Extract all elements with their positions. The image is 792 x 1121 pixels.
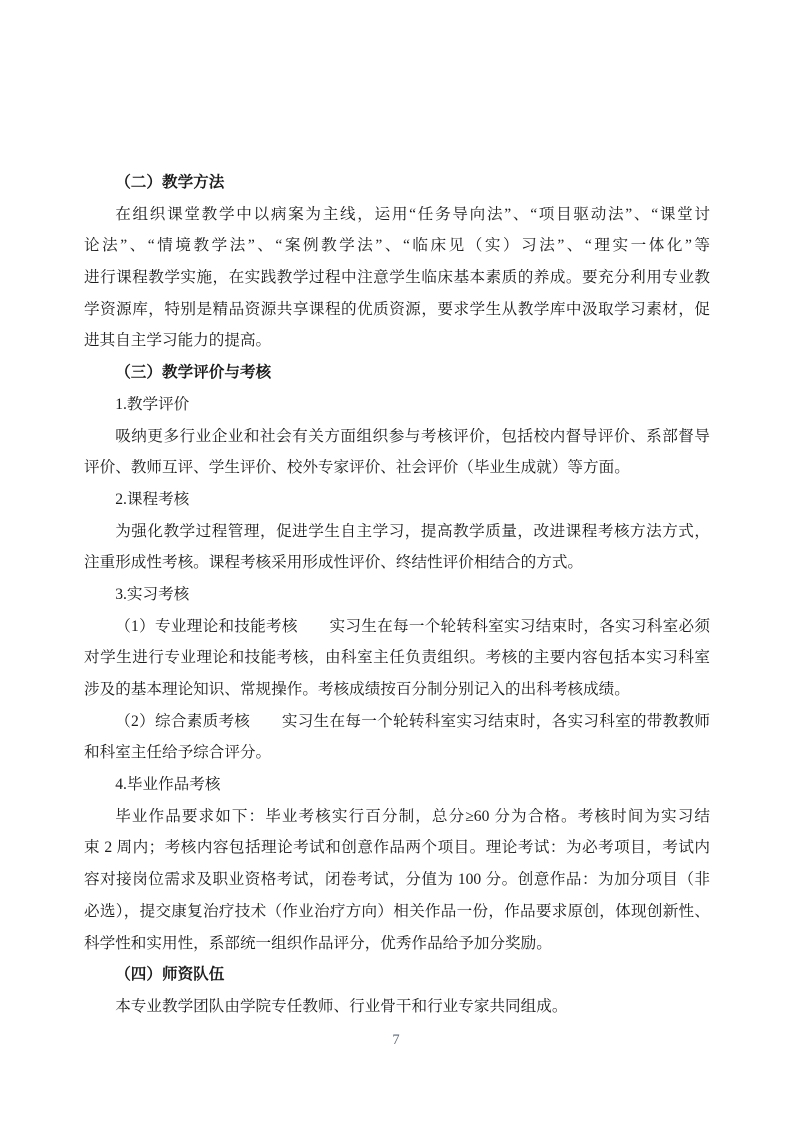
para-line: 进行课程教学实施，在实践教学过程中注意学生临床基本素质的养成。要充分利用专业教 (84, 262, 710, 294)
page-number: 7 (0, 1029, 792, 1051)
heading-teaching-methods: （二）教学方法 (84, 167, 710, 199)
para-line: 本专业教学团队由学院专任教师、行业骨干和行业专家共同组成。 (84, 991, 710, 1023)
para-line: 学资源库，特别是精品资源共享课程的优质资源，要求学生从教学库中汲取学习素材，促 (84, 294, 710, 326)
heading-teaching-evaluation: （三）教学评价与考核 (84, 357, 710, 389)
document-page: （二）教学方法 在组织课堂教学中以病案为主线，运用“任务导向法”、“项目驱动法”… (0, 0, 792, 1121)
para-line: 评价、教师互评、学生评价、校外专家评价、社会评价（毕业生成就）等方面。 (84, 452, 710, 484)
para-line: 进其自主学习能力的提高。 (84, 325, 710, 357)
para-line: 必选），提交康复治疗技术（作业治疗方向）相关作品一份，作品要求原创，体现创新性、 (84, 896, 710, 928)
heading-faculty-team: （四）师资队伍 (84, 959, 710, 991)
para-line: 科学性和实用性，系部统一组织作品评分，优秀作品给予加分奖励。 (84, 928, 710, 960)
subheading-graduation-work: 4.毕业作品考核 (84, 769, 710, 801)
para-line: 对学生进行专业理论和技能考核，由科室主任负责组织。考核的主要内容包括本实习科室 (84, 642, 710, 674)
para-line: 在组织课堂教学中以病案为主线，运用“任务导向法”、“项目驱动法”、“课堂讨 (84, 199, 710, 231)
subheading-course-assessment: 2.课程考核 (84, 484, 710, 516)
subheading-internship-assessment: 3.实习考核 (84, 579, 710, 611)
para-line: 吸纳更多行业企业和社会有关方面组织参与考核评价，包括校内督导评价、系部督导 (84, 421, 710, 453)
para-line: 容对接岗位需求及职业资格考试，闭卷考试，分值为 100 分。创意作品：为加分项目… (84, 864, 710, 896)
subheading-teaching-evaluation: 1.教学评价 (84, 389, 710, 421)
para-line: 涉及的基本理论知识、常规操作。考核成绩按百分制分别记入的出科考核成绩。 (84, 674, 710, 706)
para-line: 注重形成性考核。课程考核采用形成性评价、终结性评价相结合的方式。 (84, 547, 710, 579)
para-line: 为强化教学过程管理，促进学生自主学习，提高教学质量，改进课程考核方法方式， (84, 516, 710, 548)
para-line: （1）专业理论和技能考核 实习生在每一个轮转科室实习结束时，各实习科室必须 (84, 611, 710, 643)
para-line: （2）综合素质考核 实习生在每一个轮转科室实习结束时，各实习科室的带教教师 (84, 706, 710, 738)
para-line: 论法”、“情境教学法”、“案例教学法”、“临床见（实）习法”、“理实一体化”等 (84, 230, 710, 262)
para-line: 束 2 周内；考核内容包括理论考试和创意作品两个项目。理论考试：为必考项目，考试… (84, 832, 710, 864)
para-line: 和科室主任给予综合评分。 (84, 737, 710, 769)
para-line: 毕业作品要求如下：毕业考核实行百分制，总分≥60 分为合格。考核时间为实习结 (84, 801, 710, 833)
document-body: （二）教学方法 在组织课堂教学中以病案为主线，运用“任务导向法”、“项目驱动法”… (84, 167, 710, 1023)
